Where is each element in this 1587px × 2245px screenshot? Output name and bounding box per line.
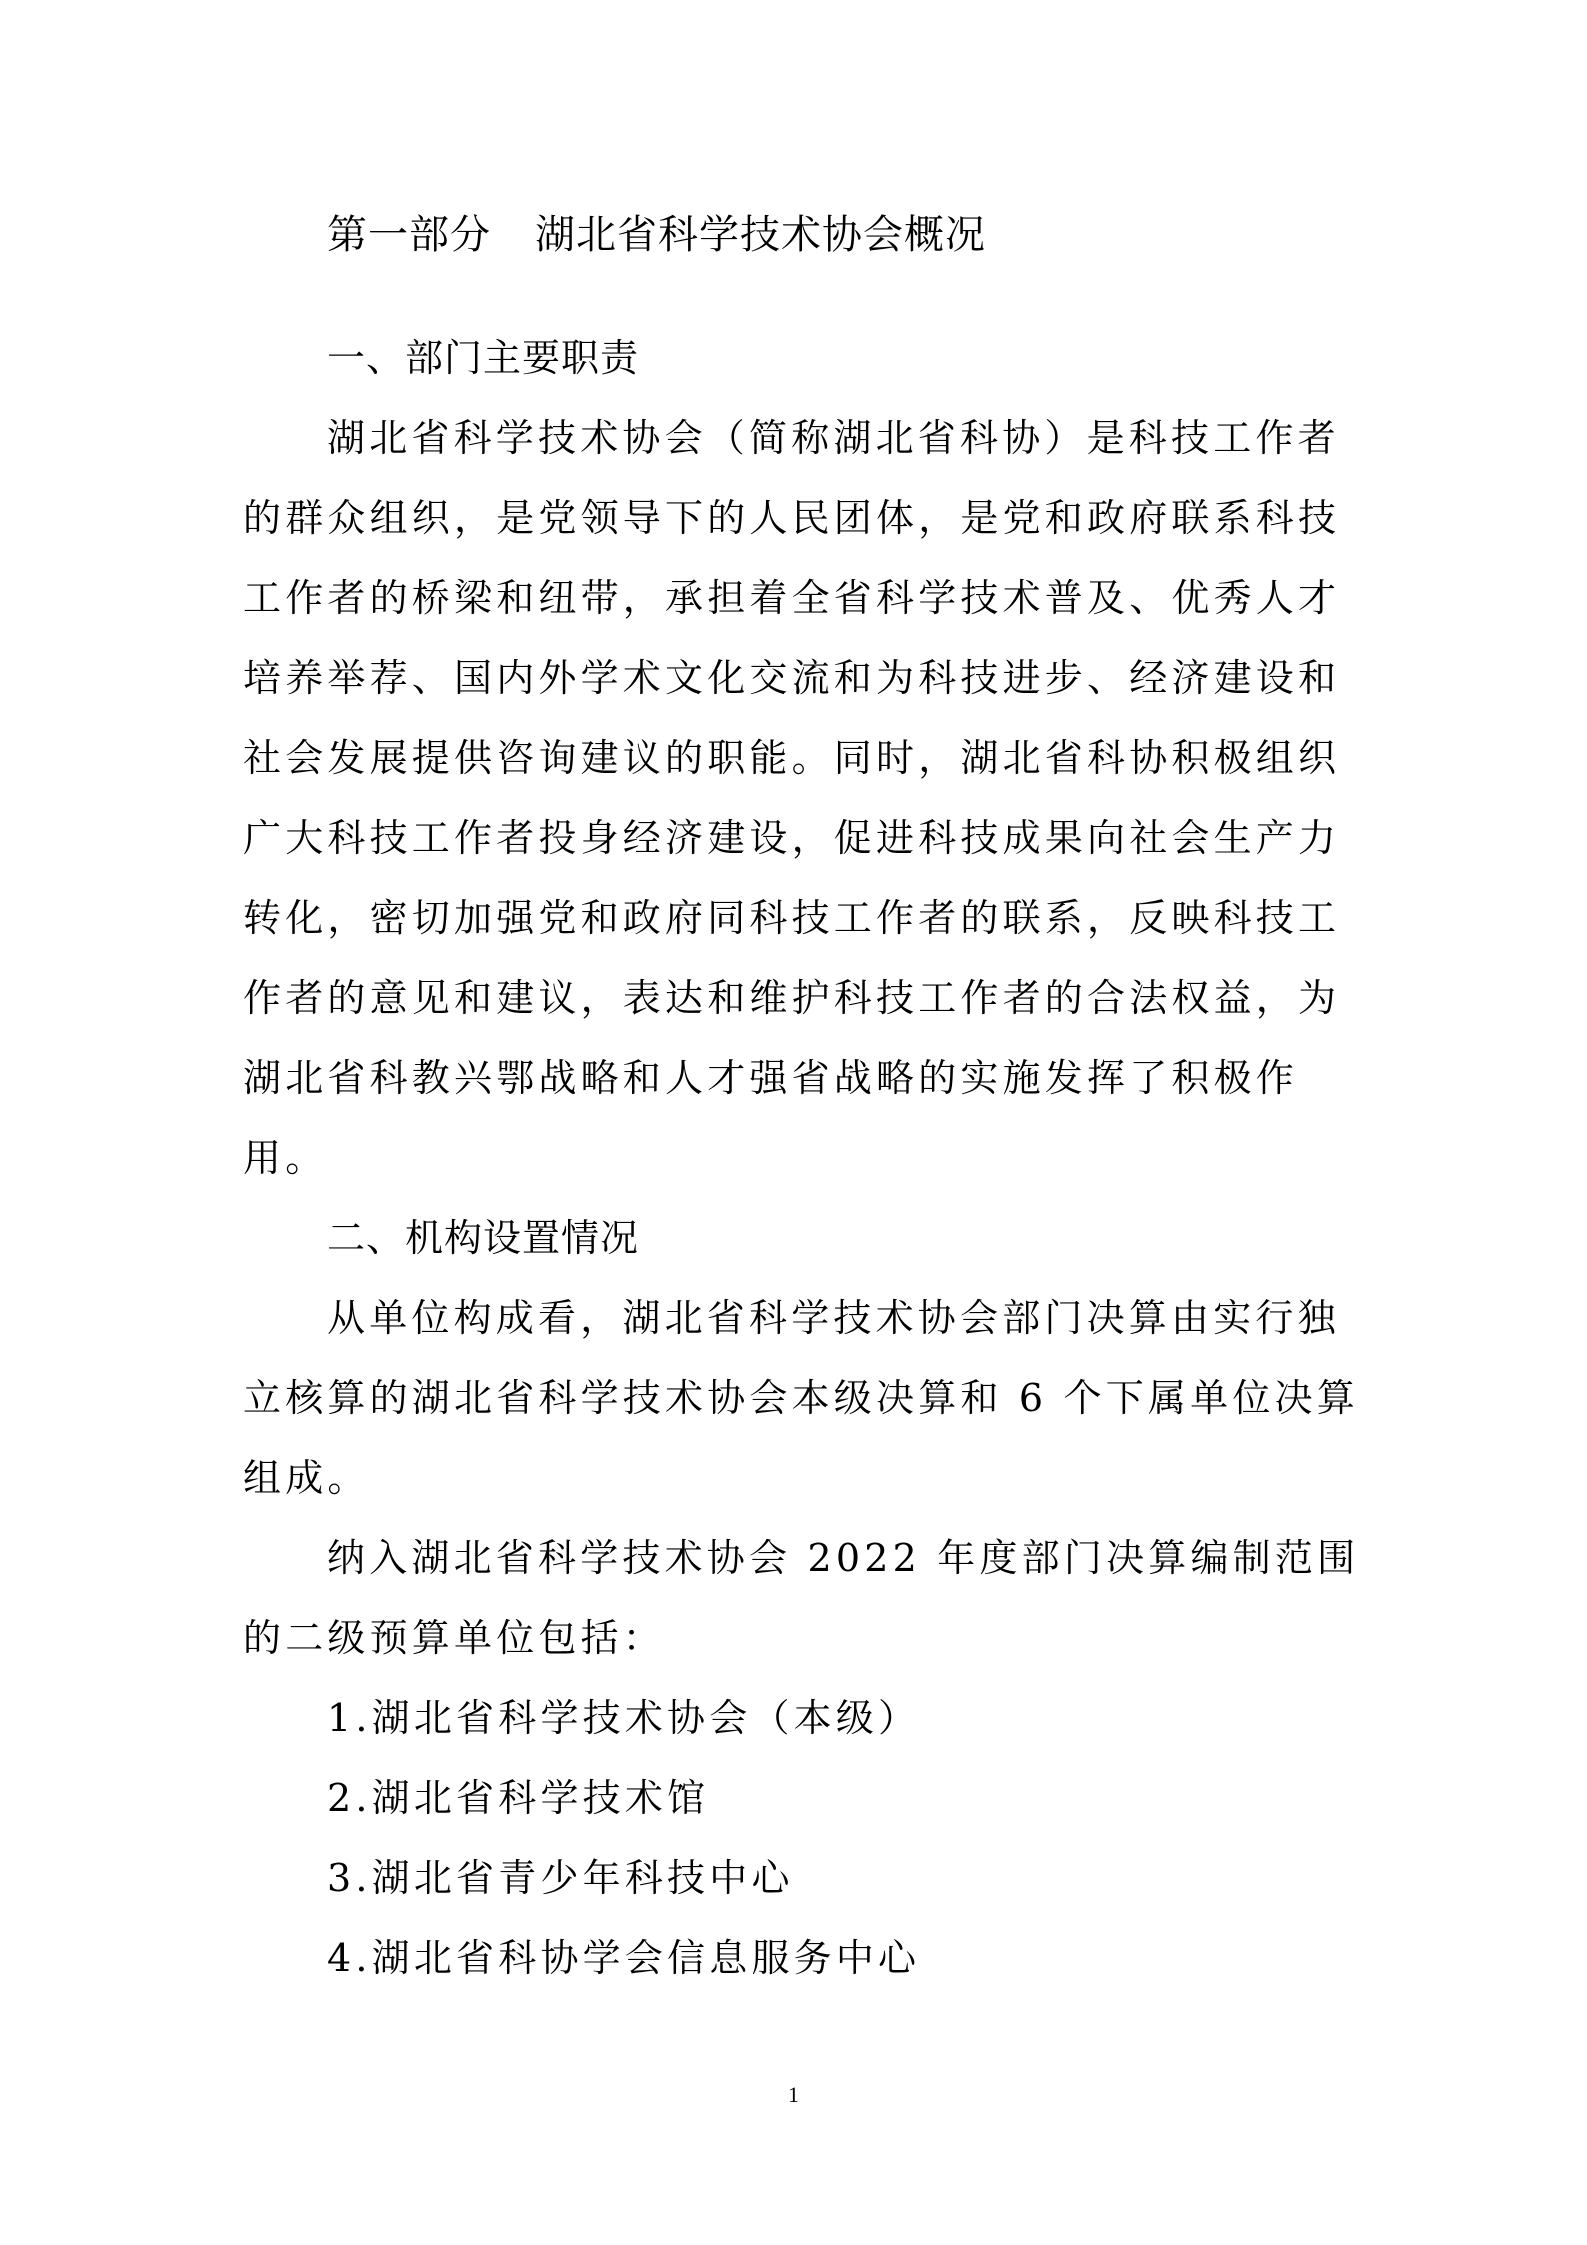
section-heading-responsibilities: 一、部门主要职责 <box>327 334 639 382</box>
paragraph-line: 从单位构成看，湖北省科学技术协会部门决算由实行独 <box>327 1294 1340 1342</box>
paragraph-line: 组成。 <box>243 1454 370 1502</box>
part-title: 第一部分湖北省科学技术协会概况 <box>327 211 986 259</box>
unit-list-item: 3.湖北省青少年科技中心 <box>327 1854 794 1902</box>
document-page: 第一部分湖北省科学技术协会概况 一、部门主要职责 湖北省科学技术协会（简称湖北省… <box>0 0 1587 2245</box>
page-number: 1 <box>0 2082 1587 2108</box>
unit-list-item: 1.湖北省科学技术协会（本级） <box>327 1694 920 1742</box>
section-heading-organization: 二、机构设置情况 <box>327 1214 639 1262</box>
unit-list-item: 4.湖北省科协学会信息服务中心 <box>327 1934 920 1982</box>
paragraph-line: 培养举荐、国内外学术文化交流和为科技进步、经济建设和 <box>243 654 1340 702</box>
paragraph-line: 社会发展提供咨询建议的职能。同时，湖北省科协积极组织 <box>243 734 1340 782</box>
paragraph-line: 纳入湖北省科学技术协会 2022 年度部门决算编制范围 <box>327 1534 1359 1582</box>
paragraph-line: 作者的意见和建议，表达和维护科技工作者的合法权益，为 <box>243 974 1340 1022</box>
part-title-text: 湖北省科学技术协会概况 <box>535 212 986 258</box>
part-title-label: 第一部分 <box>327 212 491 258</box>
paragraph-line: 广大科技工作者投身经济建设，促进科技成果向社会生产力 <box>243 814 1340 862</box>
paragraph-line: 的群众组织，是党领导下的人民团体，是党和政府联系科技 <box>243 494 1340 542</box>
unit-list-item: 2.湖北省科学技术馆 <box>327 1774 709 1822</box>
paragraph-line: 用。 <box>243 1134 327 1182</box>
paragraph-line: 转化，密切加强党和政府同科技工作者的联系，反映科技工 <box>243 894 1340 942</box>
paragraph-line: 立核算的湖北省科学技术协会本级决算和 6 个下属单位决算 <box>243 1374 1359 1422</box>
paragraph-line: 湖北省科学技术协会（简称湖北省科协）是科技工作者 <box>327 414 1340 462</box>
paragraph-line: 的二级预算单位包括： <box>243 1614 665 1662</box>
paragraph-line: 湖北省科教兴鄂战略和人才强省战略的实施发挥了积极作 <box>243 1054 1298 1102</box>
paragraph-line: 工作者的桥梁和纽带，承担着全省科学技术普及、优秀人才 <box>243 574 1340 622</box>
